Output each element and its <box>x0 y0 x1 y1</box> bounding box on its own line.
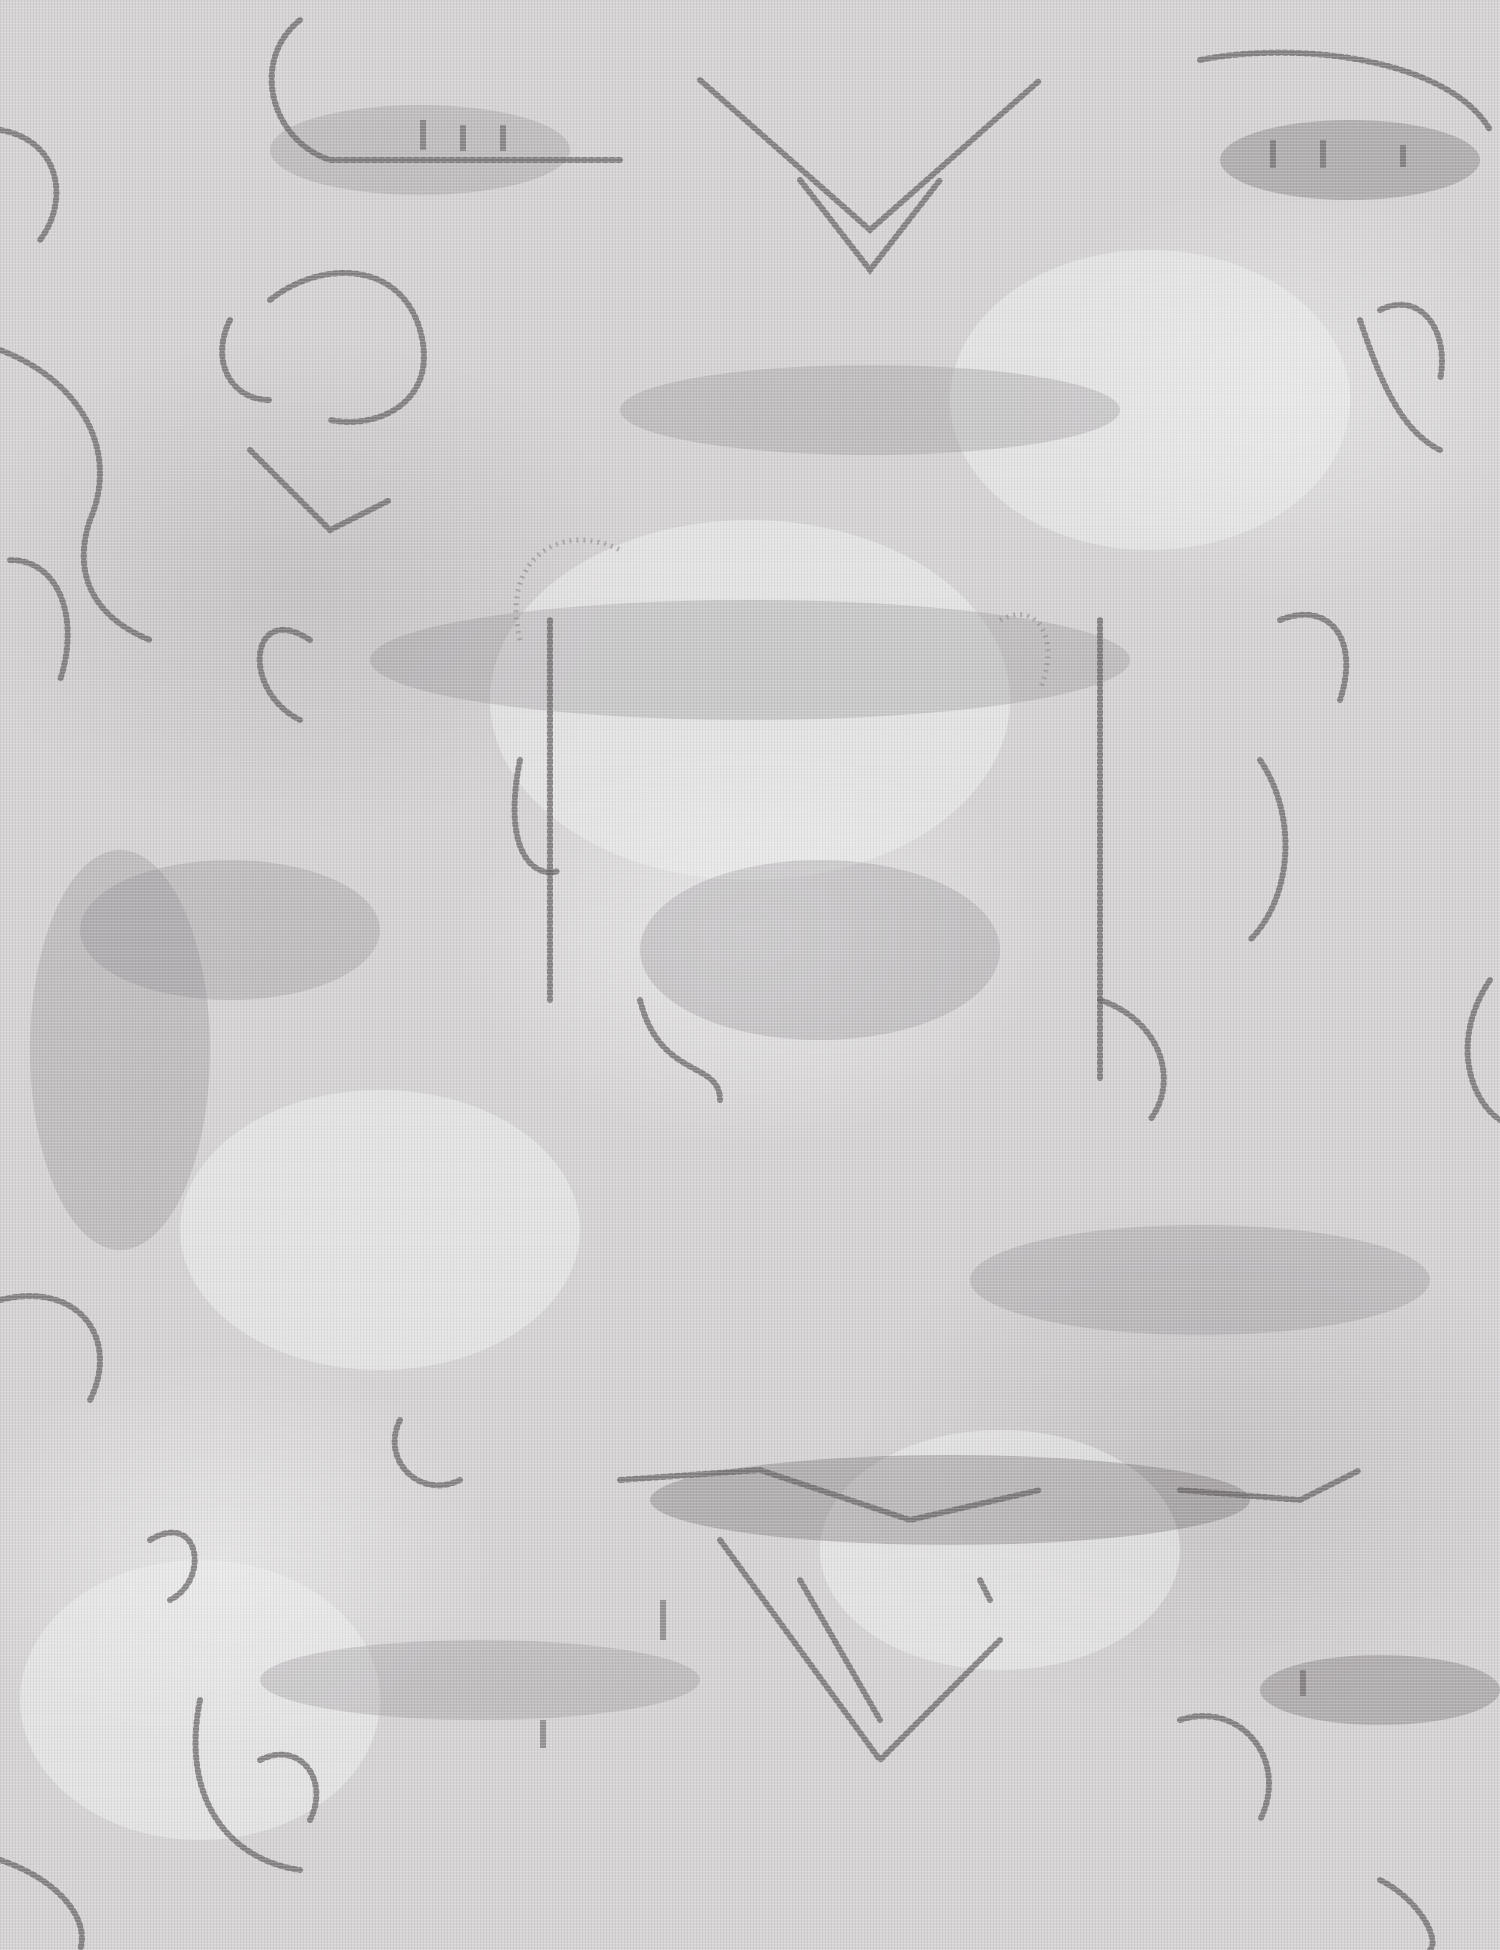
rug-pattern <box>0 0 1500 1950</box>
rug-photo <box>0 0 1500 1950</box>
rug-motif-drawing <box>0 0 1500 1950</box>
